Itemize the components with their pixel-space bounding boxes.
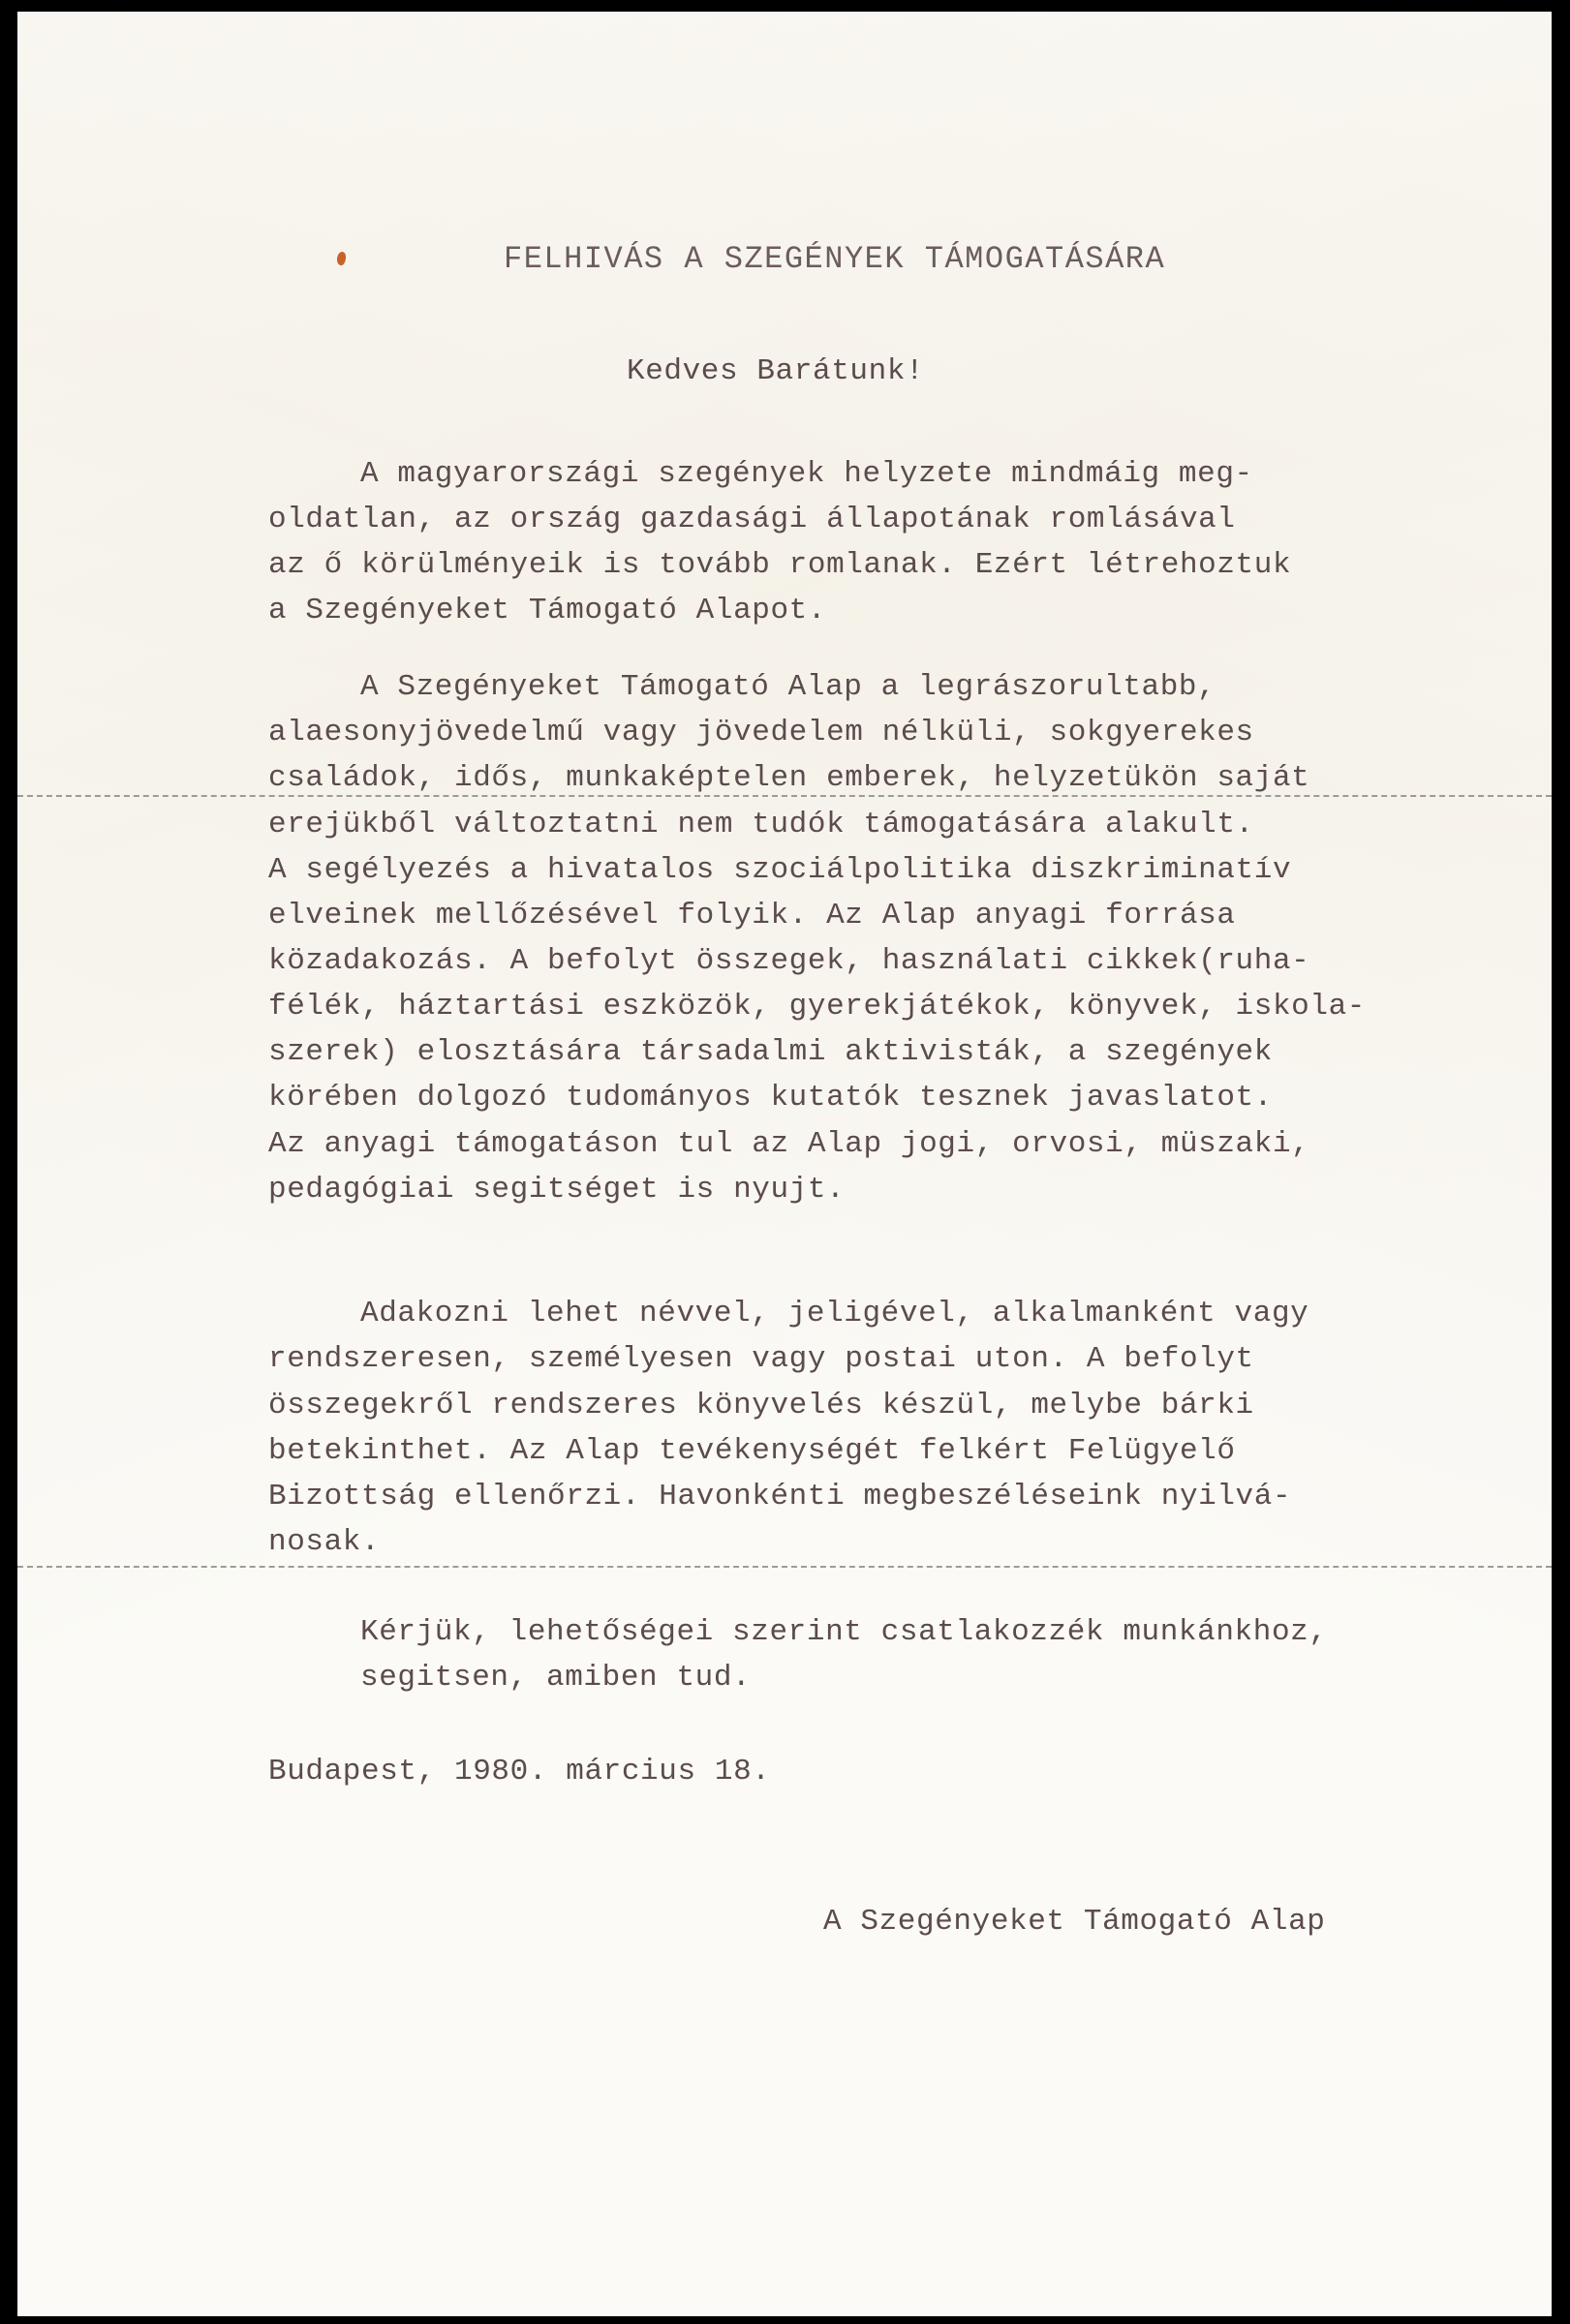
signature: A Szegényeket Támogató Alap bbox=[823, 1907, 1325, 1937]
paragraph-2-line: közadakozás. A befolyt összegek, használ… bbox=[268, 946, 1309, 976]
paragraph-2-line: körében dolgozó tudományos kutatók teszn… bbox=[268, 1083, 1273, 1113]
paragraph-3-line: Bizottság ellenőrzi. Havonkénti megbeszé… bbox=[268, 1482, 1291, 1512]
paragraph-2-line: erejükből változtatni nem tudók támogatá… bbox=[268, 810, 1254, 840]
paragraph-3-line: összegekről rendszeres könyvelés készül,… bbox=[268, 1391, 1254, 1421]
paragraph-2-line: alaesonyjövedelmű vagy jövedelem nélküli… bbox=[268, 718, 1254, 748]
paragraph-1-line: A magyarországi szegények helyzete mindm… bbox=[360, 459, 1253, 489]
paragraph-2-line: elveinek mellőzésével folyik. Az Alap an… bbox=[268, 901, 1236, 931]
paragraph-2-line: Az anyagi támogatáson tul az Alap jogi, … bbox=[268, 1129, 1309, 1159]
salutation: Kedves Barátunk! bbox=[627, 356, 924, 386]
paragraph-1-line: a Szegényeket Támogató Alapot. bbox=[268, 596, 826, 626]
paragraph-2-line: félék, háztartási eszközök, gyerekjátéko… bbox=[268, 992, 1366, 1022]
paragraph-3-line: betekinthet. Az Alap tevékenységét felké… bbox=[268, 1436, 1236, 1466]
document-title: FELHIVÁS A SZEGÉNYEK TÁMOGATÁSÁRA bbox=[504, 244, 1165, 275]
paragraph-2-line: pedagógiai segitséget is nyujt. bbox=[268, 1175, 845, 1205]
paragraph-2-line: családok, idős, munkaképtelen emberek, h… bbox=[268, 763, 1309, 793]
date-place: Budapest, 1980. március 18. bbox=[268, 1757, 770, 1787]
ink-stain-mark bbox=[335, 251, 347, 266]
fold-crease-upper bbox=[17, 795, 1552, 797]
paragraph-4-line: Kérjük, lehetőségei szerint csatlakozzék… bbox=[360, 1617, 1328, 1647]
paragraph-2-line: A segélyezés a hivatalos szociálpolitika… bbox=[268, 855, 1291, 885]
paragraph-3-line: rendszeresen, személyesen vagy postai ut… bbox=[268, 1344, 1254, 1374]
paragraph-1-line: oldatlan, az ország gazdasági állapotána… bbox=[268, 505, 1236, 535]
paragraph-1-line: az ő körülményeik is tovább romlanak. Ez… bbox=[268, 550, 1291, 580]
paragraph-3-line: nosak. bbox=[268, 1527, 380, 1557]
paragraph-2-line: A Szegényeket Támogató Alap a legrászoru… bbox=[360, 672, 1216, 702]
paragraph-3-line: Adakozni lehet névvel, jeligével, alkalm… bbox=[360, 1299, 1308, 1329]
paragraph-2-line: szerek) elosztására társadalmi aktivistá… bbox=[268, 1037, 1273, 1067]
fold-crease-lower bbox=[17, 1566, 1552, 1568]
paragraph-4-line: segitsen, amiben tud. bbox=[360, 1663, 751, 1693]
